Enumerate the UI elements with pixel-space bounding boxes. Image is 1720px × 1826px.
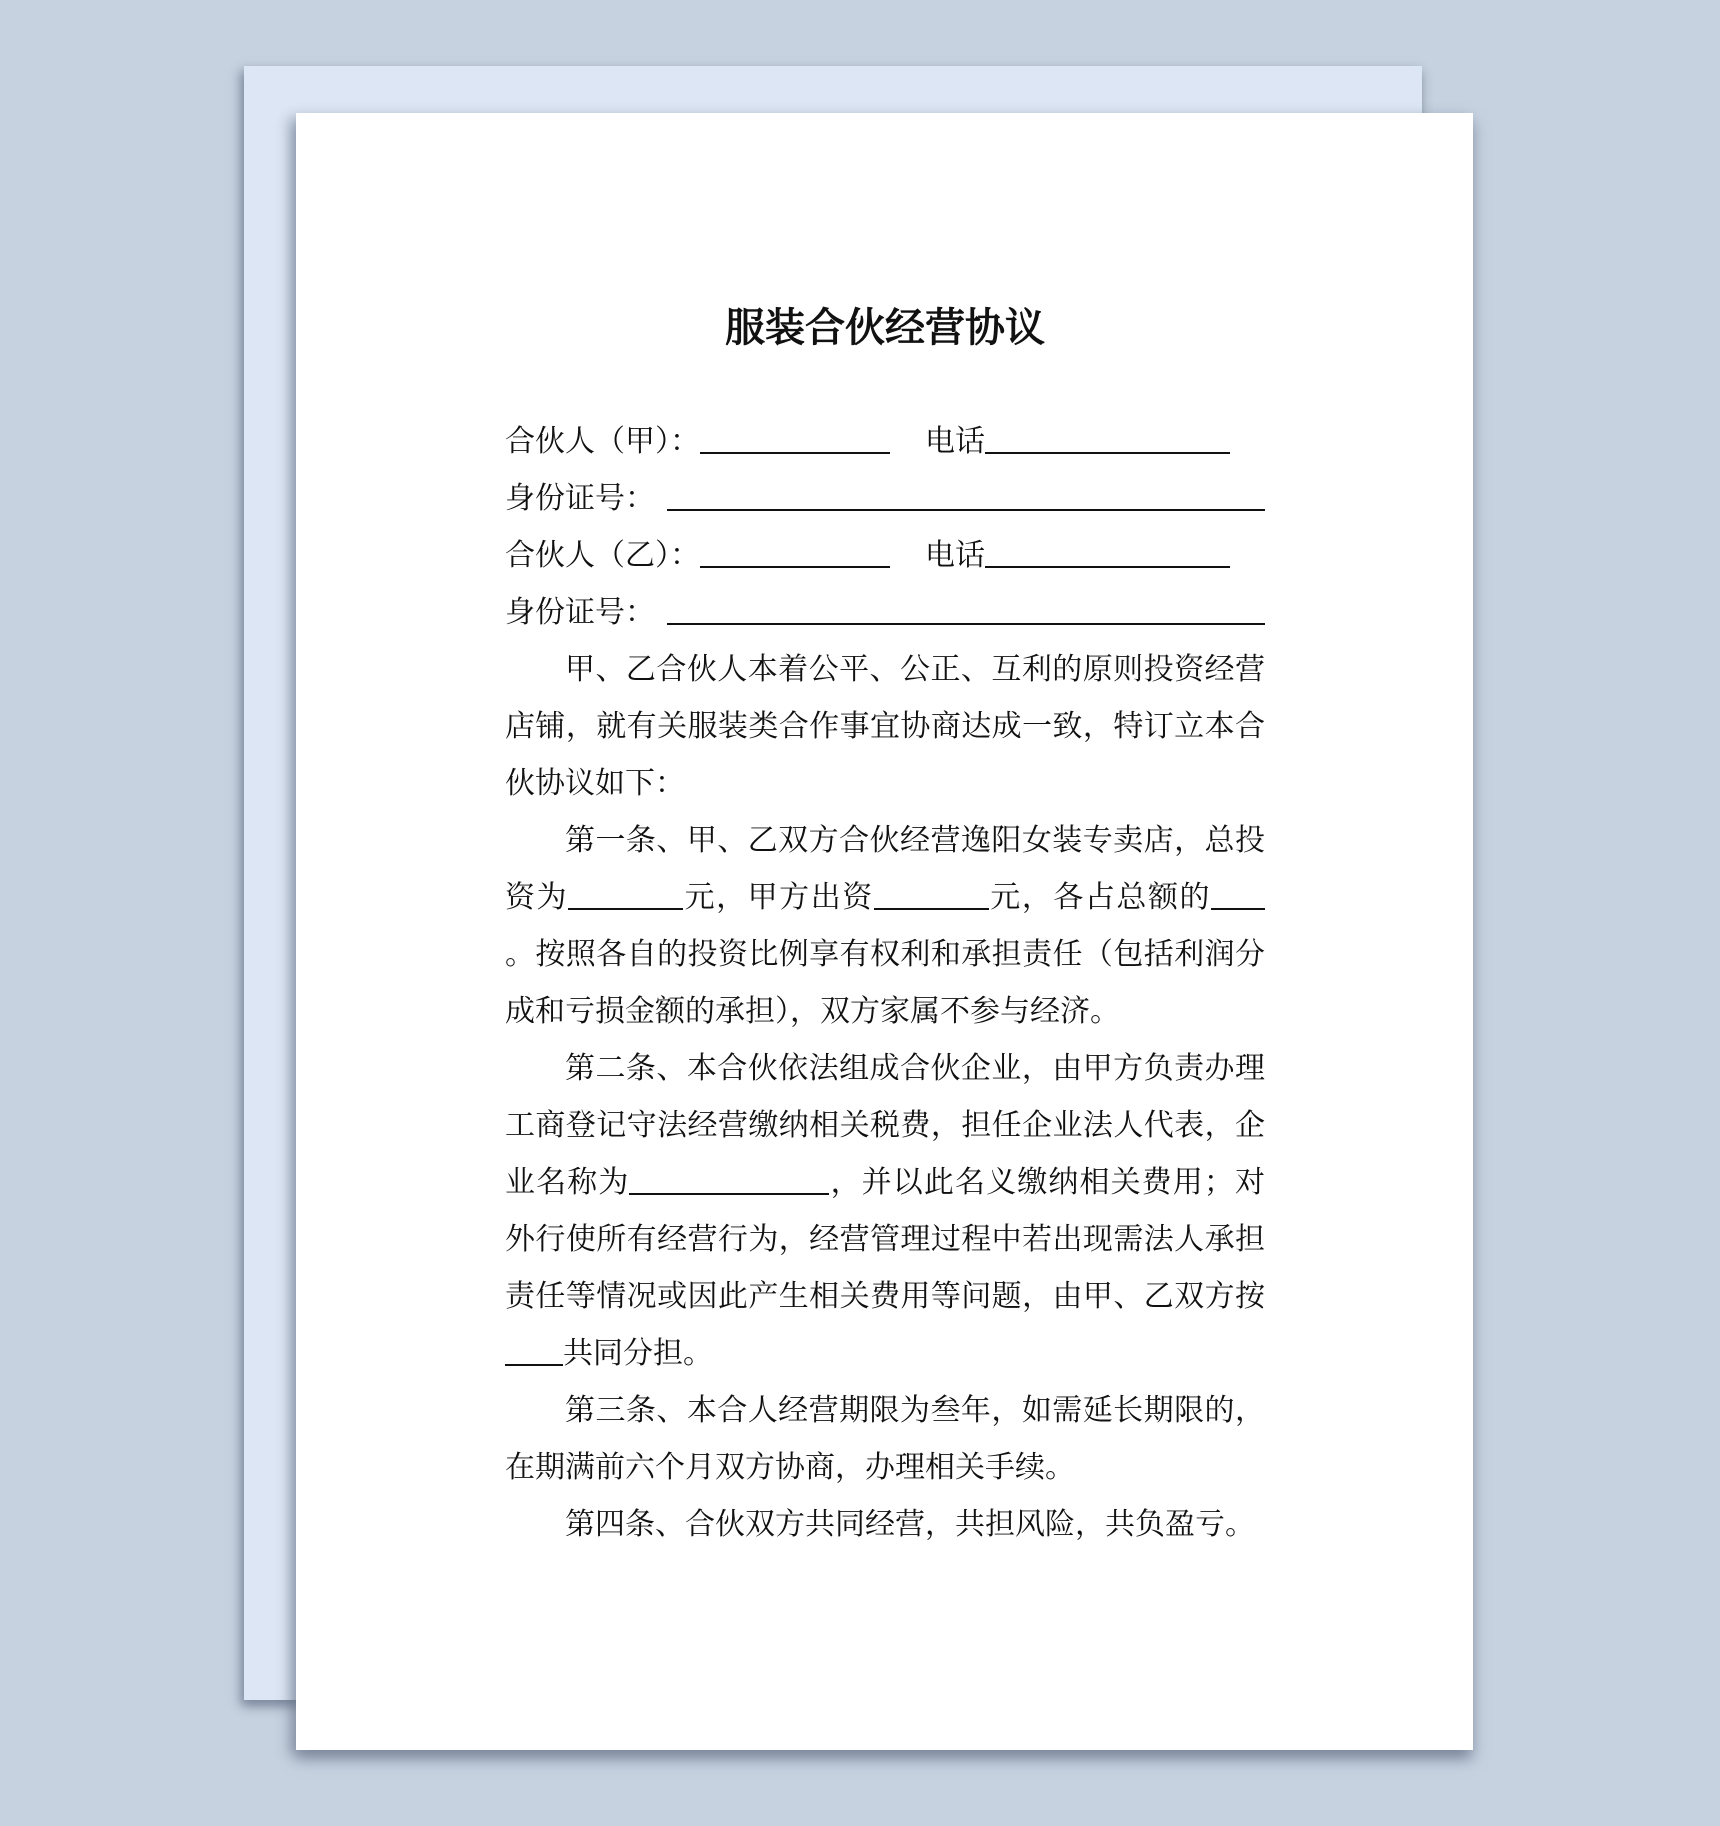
partner-b-id-line: 身份证号： — [505, 584, 1265, 641]
clause-2-paragraph: 第二条、本合伙依法组成合伙企业，由甲方负责办理工商登记守法经营缴纳相关税费，担任… — [505, 1040, 1265, 1382]
text-run: 电话 — [925, 539, 985, 572]
blank-line — [667, 593, 1265, 625]
text-run: 身份证号： — [505, 482, 655, 515]
text-run: 合伙人（甲）： — [505, 425, 700, 458]
spacer — [890, 564, 925, 565]
blank-line — [667, 479, 1265, 511]
text-run: 第四条、合伙双方共同经营，共担风险，共负盈亏。 — [565, 1508, 1255, 1541]
text-run: 电话 — [925, 425, 985, 458]
clause-4-paragraph: 第四条、合伙双方共同经营，共担风险，共负盈亏。 — [505, 1496, 1265, 1553]
blank-line — [629, 1163, 829, 1195]
text-run: 合伙人（乙）： — [505, 539, 700, 572]
page-content: 服装合伙经营协议 合伙人（甲）：电话 身份证号： 合伙人（乙）：电话 身份证号：… — [505, 113, 1265, 1553]
party-info-block: 合伙人（甲）：电话 身份证号： 合伙人（乙）：电话 身份证号： — [505, 413, 1265, 641]
blank-line — [985, 422, 1230, 454]
text-run: 共同分担。 — [563, 1337, 713, 1370]
text-run: 身份证号： — [505, 596, 655, 629]
agreement-body: 甲、乙合伙人本着公平、公正、互利的原则投资经营店铺，就有关服装类合作事宜协商达成… — [505, 641, 1265, 1553]
text-run: 甲、乙合伙人本着公平、公正、互利的原则投资经营店铺，就有关服装类合作事宜协商达成… — [505, 653, 1265, 800]
partner-a-line: 合伙人（甲）：电话 — [505, 413, 1265, 470]
intro-paragraph: 甲、乙合伙人本着公平、公正、互利的原则投资经营店铺，就有关服装类合作事宜协商达成… — [505, 641, 1265, 812]
document-title: 服装合伙经营协议 — [505, 303, 1265, 353]
document-page: 服装合伙经营协议 合伙人（甲）：电话 身份证号： 合伙人（乙）：电话 身份证号：… — [296, 113, 1473, 1750]
blank-line — [985, 536, 1230, 568]
partner-a-id-line: 身份证号： — [505, 470, 1265, 527]
text-run: 元，各占总额的 — [989, 881, 1211, 914]
text-run: 元，甲方出资 — [683, 881, 874, 914]
blank-line — [568, 878, 683, 910]
blank-line — [505, 1334, 563, 1366]
spacer — [655, 507, 667, 508]
desk-background: { "colors":{ "background":"#c6d2e0", "ba… — [0, 0, 1720, 1826]
text-run: 。按照各自的投资比例享有权利和承担责任（包括利润分成和亏损金额的承担），双方家属… — [505, 938, 1265, 1028]
blank-line — [1211, 878, 1265, 910]
text-run: 第三条、本合人经营期限为叁年，如需延长期限的，在期满前六个月双方协商，办理相关手… — [505, 1394, 1265, 1484]
spacer — [890, 450, 925, 451]
blank-line — [874, 878, 989, 910]
partner-b-line: 合伙人（乙）：电话 — [505, 527, 1265, 584]
blank-line — [700, 422, 890, 454]
clause-1-paragraph: 第一条、甲、乙双方合伙经营逸阳女装专卖店，总投资为元，甲方出资元，各占总额的。按… — [505, 812, 1265, 1040]
spacer — [655, 621, 667, 622]
clause-3-paragraph: 第三条、本合人经营期限为叁年，如需延长期限的，在期满前六个月双方协商，办理相关手… — [505, 1382, 1265, 1496]
blank-line — [700, 536, 890, 568]
